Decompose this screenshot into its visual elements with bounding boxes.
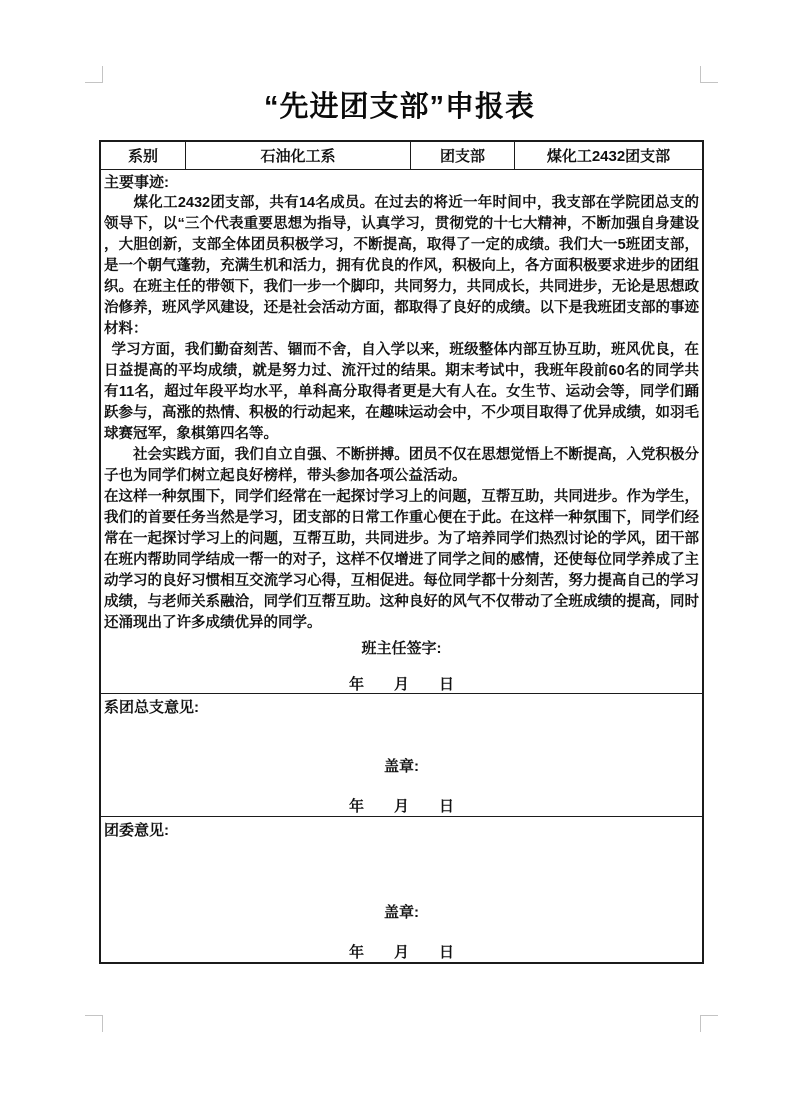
teacher-sign-date-line: 年 月 日: [104, 674, 699, 694]
committee-date-line: 年 月 日: [104, 942, 699, 962]
deeds-paragraph: 社会实践方面，我们自立自强、不断拼搏。团员不仅在思想觉悟上不断提高，入党积极分子…: [104, 445, 699, 487]
committee-opinion-label: 团委意见:: [104, 820, 699, 841]
dept-league-seal-label: 盖章:: [104, 756, 699, 777]
dept-league-opinion-cell: 系团总支意见: 盖章: 年 月 日: [101, 694, 702, 817]
dept-label-cell: 系别: [101, 142, 186, 169]
crop-mark-top-right: [700, 66, 718, 83]
deeds-paragraph: 在这样一种氛围下，同学们经常在一起探讨学习上的问题，互帮互助，共同进步。作为学生…: [104, 487, 699, 634]
dept-league-date-line: 年 月 日: [104, 796, 699, 817]
crop-mark-top-left: [85, 66, 103, 83]
teacher-sign-label: 班主任签字:: [104, 638, 699, 659]
deeds-paragraph: 煤化工2432团支部，共有14名成员。在过去的将近一年时间中，我支部在学院团总支…: [104, 193, 699, 340]
page-title: “先进团支部”申报表: [0, 84, 799, 125]
info-row: 系别 石油化工系 团支部 煤化工2432团支部: [101, 142, 702, 170]
main-deeds-label: 主要事迹:: [104, 172, 699, 193]
main-deeds-cell: 主要事迹: 煤化工2432团支部，共有14名成员。在过去的将近一年时间中，我支部…: [101, 170, 702, 694]
crop-mark-bottom-left: [85, 1015, 103, 1032]
dept-value-cell: 石油化工系: [186, 142, 411, 169]
deeds-paragraph: 学习方面，我们勤奋刻苦、锢而不舍，自入学以来，班级整体内部互协互助，班风优良，在…: [104, 340, 699, 445]
branch-value-cell: 煤化工2432团支部: [515, 142, 702, 169]
main-deeds-paragraphs: 煤化工2432团支部，共有14名成员。在过去的将近一年时间中，我支部在学院团总支…: [104, 193, 699, 634]
committee-opinion-cell: 团委意见: 盖章: 年 月 日: [101, 817, 702, 962]
dept-league-opinion-label: 系团总支意见:: [104, 697, 699, 718]
committee-seal-label: 盖章:: [104, 902, 699, 923]
crop-mark-bottom-right: [700, 1015, 718, 1032]
branch-label-cell: 团支部: [411, 142, 515, 169]
application-form-table: 系别 石油化工系 团支部 煤化工2432团支部 主要事迹: 煤化工2432团支部…: [99, 140, 704, 964]
